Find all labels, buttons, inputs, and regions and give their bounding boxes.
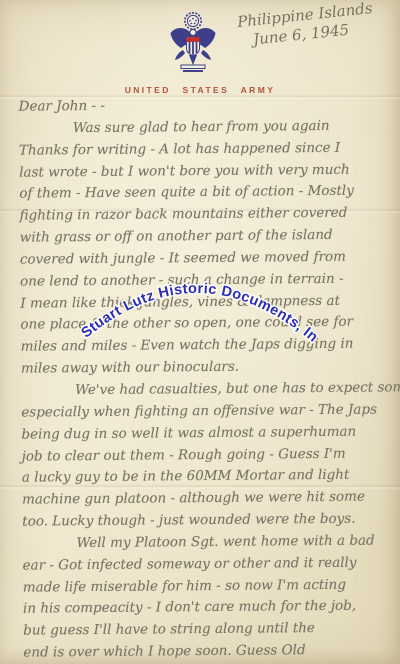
letter-line: too. Lucky though - just wounded were th… xyxy=(22,508,395,533)
letter-line: We've had casualties, but one has to exp… xyxy=(21,377,394,402)
letter-line: a lucky guy to be in the 60MM Mortar and… xyxy=(22,465,395,490)
letter-line: last wrote - but I won't bore you with v… xyxy=(19,159,392,184)
letter-line: Thanks for writing - A lot has happened … xyxy=(19,137,392,162)
letter-line: miles and miles - Even watch the Japs di… xyxy=(21,334,394,359)
us-army-eagle-crest-icon xyxy=(169,12,217,78)
letter-line: in his compeacity - I don't care much fo… xyxy=(23,596,396,621)
letter-line: made life miserable for him - so now I'm… xyxy=(23,574,396,599)
letter-line: one lend to another - such a change in t… xyxy=(20,268,393,293)
letter-line: fighting in razor back mountains either … xyxy=(19,203,392,228)
letter-body: Dear John - - Was sure glad to hear from… xyxy=(19,93,397,664)
letter-line: end is over which I hope soon. Guess Old xyxy=(23,639,396,664)
letter-line: Was sure glad to hear from you again xyxy=(19,115,392,140)
letter-line: covered with jungle - It seemed we moved… xyxy=(20,246,393,271)
letter-page: UNITED STATES ARMY Philippine Islands Ju… xyxy=(0,0,400,664)
salutation: Dear John - - xyxy=(19,93,392,118)
letter-line: being dug in so well it was almost a sup… xyxy=(21,421,394,446)
letter-line: Well my Platoon Sgt. went home with a ba… xyxy=(22,530,395,555)
letter-line: ear - Got infected someway or other and … xyxy=(23,552,396,577)
letter-line: machine gun platoon - although we were h… xyxy=(22,487,395,512)
letter-line: especially when fighting an offensive wa… xyxy=(21,399,394,424)
